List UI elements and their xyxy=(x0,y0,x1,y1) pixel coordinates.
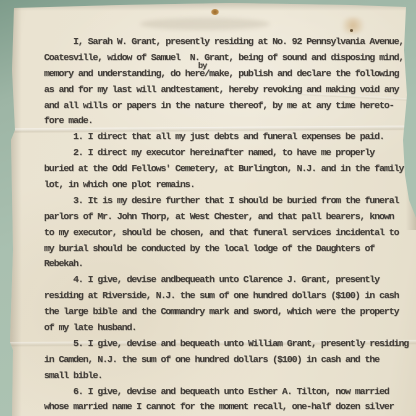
text-line: 6. I give, devise and bequeath unto Esth… xyxy=(44,384,416,400)
document-paper: I, Sarah W. Grant, presently residing at… xyxy=(0,0,416,416)
text-line: residing at Riverside, N.J. the sum of o… xyxy=(44,288,416,304)
text-line: 1. I direct that all my just debts and f… xyxy=(44,129,416,145)
text-line: in Camden, N.J. the sum of one hundred d… xyxy=(44,352,416,368)
text-line: my burial should be conducted by the loc… xyxy=(44,241,416,257)
text-line: Rebekah. xyxy=(44,256,416,272)
paragraph: 4. I give, devise andbequeath unto Clare… xyxy=(44,272,416,336)
stain-spot xyxy=(211,9,219,15)
paragraph: 5. I give, devise and bequeath unto Will… xyxy=(44,336,416,384)
ink-smudge xyxy=(140,18,270,30)
stain-blotch xyxy=(340,17,366,34)
text-line: buried at the Odd Fellows' Cemetery, at … xyxy=(44,161,416,177)
stain-speck xyxy=(350,29,353,32)
interline-insertion: by xyxy=(198,61,207,71)
paragraph: I, Sarah W. Grant, presently residing at… xyxy=(44,34,416,129)
text-line: 4. I give, devise andbequeath unto Clare… xyxy=(44,272,416,288)
text-line: lot, in which one plot remains. xyxy=(44,177,416,193)
text-line: I, Sarah W. Grant, presently residing at… xyxy=(44,34,416,50)
will-text: I, Sarah W. Grant, presently residing at… xyxy=(44,34,416,415)
paragraph: 2. I direct my executor hereinafter name… xyxy=(44,145,416,193)
text-line: memory and understanding, do here/make, … xyxy=(44,66,416,82)
text-line: of my late husband. xyxy=(44,320,416,336)
text-line: parlors of Mr. John Thorp, at West Chest… xyxy=(44,209,416,225)
paragraph: 6. I give, devise and bequeath unto Esth… xyxy=(44,384,416,416)
text-line: Coatesville, widow of Samuel N. Grant, b… xyxy=(44,50,416,66)
text-line: and all wills or papers in the nature th… xyxy=(44,98,416,114)
left-edge-shadow xyxy=(8,0,24,416)
text-line: 3. It is my desire further that I should… xyxy=(44,193,416,209)
text-line: 5. I give, devise and bequeath unto Will… xyxy=(44,336,416,352)
text-line: to my executor, should be chosen, and th… xyxy=(44,225,416,241)
paragraph: 3. It is my desire further that I should… xyxy=(44,193,416,272)
text-line: small bible. xyxy=(44,368,416,384)
text-line: 2. I direct my executor hereinafter name… xyxy=(44,145,416,161)
text-line: the large bible and the Commandry mark a… xyxy=(44,304,416,320)
text-line: whose married name I cannot for the mome… xyxy=(44,399,416,415)
paragraph: 1. I direct that all my just debts and f… xyxy=(44,129,416,145)
text-line: as and for my last will andtestament, he… xyxy=(44,82,416,98)
text-line: fore made. xyxy=(44,113,416,129)
top-edge-shadow xyxy=(0,2,416,12)
scan-background: I, Sarah W. Grant, presently residing at… xyxy=(0,0,416,416)
